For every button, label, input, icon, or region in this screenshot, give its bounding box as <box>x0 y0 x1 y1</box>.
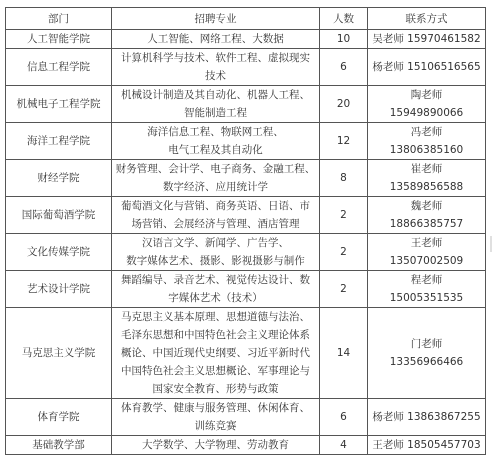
count-cell: 20 <box>320 86 368 123</box>
table-row: 基础教学部大学数学、大学物理、劳动教育4王老师 18505457703 <box>6 436 486 455</box>
contact-line: 冯老师 <box>371 123 482 141</box>
major-cell: 机械设计制造及其自动化、机器人工程、智能制造工程 <box>112 86 320 123</box>
contact-cell: 冯老师13806385160 <box>368 123 486 160</box>
contact-line: 崔老师 <box>371 160 482 178</box>
contact-cell: 崔老师13589856588 <box>368 160 486 197</box>
major-line: 数字经济、应用统计学 <box>115 178 316 196</box>
table-row: 机械电子工程学院机械设计制造及其自动化、机器人工程、智能制造工程20陶老师159… <box>6 86 486 123</box>
department-cell: 国际葡萄酒学院 <box>6 197 112 234</box>
table-row: 信息工程学院计算机科学与技术、软件工程、虚拟现实技术6杨老师 151065165… <box>6 49 486 86</box>
major-cell: 体育教学、健康与服务管理、休闲体育、训练竞赛 <box>112 399 320 436</box>
table-row: 海洋工程学院海洋信息工程、物联网工程、电气工程及其自动化12冯老师1380638… <box>6 123 486 160</box>
count-cell: 4 <box>320 436 368 455</box>
major-line: 智能制造工程 <box>115 104 316 122</box>
header-count: 人数 <box>320 8 368 30</box>
contact-line: 18866385757 <box>371 215 482 233</box>
major-line: 财务管理、会计学、电子商务、金融工程、 <box>115 160 316 178</box>
major-cell: 汉语言文学、新闻学、广告学、数字媒体艺术、摄影、影视摄影与制作 <box>112 234 320 271</box>
count-cell: 2 <box>320 234 368 271</box>
count-cell: 6 <box>320 49 368 86</box>
major-cell: 舞蹈编导、录音艺术、视觉传达设计、数字媒体艺术（技术） <box>112 271 320 308</box>
table-row: 国际葡萄酒学院葡萄酒文化与营销、商务英语、日语、市场营销、会展经济与管理、酒店管… <box>6 197 486 234</box>
contact-cell: 程老师15005351535 <box>368 271 486 308</box>
major-line: 体育教学、健康与服务管理、休闲体育、 <box>115 399 316 417</box>
contact-line: 魏老师 <box>371 197 482 215</box>
contact-line: 王老师 <box>371 234 482 252</box>
contact-line: 程老师 <box>371 271 482 289</box>
table-row: 人工智能学院人工智能、网络工程、大数据10吴老师 15970461582 <box>6 30 486 49</box>
contact-line: 13589856588 <box>371 178 482 196</box>
major-line: 训练竞赛 <box>115 417 316 435</box>
major-line: 大学数学、大学物理、劳动教育 <box>115 436 316 454</box>
department-cell: 文化传媒学院 <box>6 234 112 271</box>
table-row: 文化传媒学院汉语言文学、新闻学、广告学、数字媒体艺术、摄影、影视摄影与制作2王老… <box>6 234 486 271</box>
count-cell: 2 <box>320 197 368 234</box>
major-line: 马克思主义基本原理、思想道德与法治、 <box>115 308 316 326</box>
department-cell: 体育学院 <box>6 399 112 436</box>
contact-line: 13507002509 <box>371 252 482 270</box>
count-cell: 6 <box>320 399 368 436</box>
contact-line: 门老师 <box>371 335 482 353</box>
major-line: 数字媒体艺术、摄影、影视摄影与制作 <box>115 252 316 270</box>
major-line: 中国特色社会主义思想概论、军事理论与 <box>115 362 316 380</box>
count-cell: 2 <box>320 271 368 308</box>
count-cell: 8 <box>320 160 368 197</box>
major-cell: 海洋信息工程、物联网工程、电气工程及其自动化 <box>112 123 320 160</box>
major-cell: 大学数学、大学物理、劳动教育 <box>112 436 320 455</box>
contact-line: 13806385160 <box>371 141 482 159</box>
major-line: 葡萄酒文化与营销、商务英语、日语、市 <box>115 197 316 215</box>
table-row: 艺术设计学院舞蹈编导、录音艺术、视觉传达设计、数字媒体艺术（技术）2程老师150… <box>6 271 486 308</box>
major-line: 人工智能、网络工程、大数据 <box>115 30 316 48</box>
department-cell: 海洋工程学院 <box>6 123 112 160</box>
table-body: 人工智能学院人工智能、网络工程、大数据10吴老师 15970461582信息工程… <box>6 30 486 455</box>
recruitment-table: 部门 招聘专业 人数 联系方式 人工智能学院人工智能、网络工程、大数据10吴老师… <box>5 7 486 455</box>
table-row: 财经学院财务管理、会计学、电子商务、金融工程、数字经济、应用统计学8崔老师135… <box>6 160 486 197</box>
major-cell: 葡萄酒文化与营销、商务英语、日语、市场营销、会展经济与管理、酒店管理 <box>112 197 320 234</box>
major-line: 舞蹈编导、录音艺术、视觉传达设计、数 <box>115 271 316 289</box>
contact-cell: 杨老师 13863867255 <box>368 399 486 436</box>
contact-line: 15005351535 <box>371 289 482 307</box>
major-line: 海洋信息工程、物联网工程、 <box>115 123 316 141</box>
contact-cell: 门老师13356966466 <box>368 308 486 399</box>
major-line: 国家安全教育、形势与政策 <box>115 380 316 398</box>
department-cell: 艺术设计学院 <box>6 271 112 308</box>
major-line: 机械设计制造及其自动化、机器人工程、 <box>115 86 316 104</box>
contact-cell: 王老师13507002509 <box>368 234 486 271</box>
contact-cell: 陶老师15949890066 <box>368 86 486 123</box>
major-line: 场营销、会展经济与管理、酒店管理 <box>115 215 316 233</box>
major-line: 汉语言文学、新闻学、广告学、 <box>115 234 316 252</box>
major-cell: 人工智能、网络工程、大数据 <box>112 30 320 49</box>
contact-line: 杨老师 13863867255 <box>371 408 482 426</box>
major-line: 概论、中国近现代史纲要、习近平新时代 <box>115 344 316 362</box>
department-cell: 人工智能学院 <box>6 30 112 49</box>
major-line: 毛泽东思想和中国特色社会主义理论体系 <box>115 326 316 344</box>
major-line: 计算机科学与技术、软件工程、虚拟现实 <box>115 49 316 67</box>
department-cell: 马克思主义学院 <box>6 308 112 399</box>
department-cell: 信息工程学院 <box>6 49 112 86</box>
contact-cell: 魏老师18866385757 <box>368 197 486 234</box>
contact-line: 15949890066 <box>371 104 482 122</box>
contact-line: 杨老师 15106516565 <box>371 58 482 76</box>
contact-line: 吴老师 15970461582 <box>371 30 482 48</box>
header-contact: 联系方式 <box>368 8 486 30</box>
contact-cell: 杨老师 15106516565 <box>368 49 486 86</box>
major-line: 电气工程及其自动化 <box>115 141 316 159</box>
major-cell: 马克思主义基本原理、思想道德与法治、毛泽东思想和中国特色社会主义理论体系概论、中… <box>112 308 320 399</box>
header-department: 部门 <box>6 8 112 30</box>
count-cell: 10 <box>320 30 368 49</box>
scroll-edge-mark <box>490 236 492 252</box>
major-cell: 计算机科学与技术、软件工程、虚拟现实技术 <box>112 49 320 86</box>
department-cell: 机械电子工程学院 <box>6 86 112 123</box>
department-cell: 基础教学部 <box>6 436 112 455</box>
table-row: 体育学院体育教学、健康与服务管理、休闲体育、训练竞赛6杨老师 138638672… <box>6 399 486 436</box>
contact-cell: 王老师 18505457703 <box>368 436 486 455</box>
count-cell: 14 <box>320 308 368 399</box>
contact-cell: 吴老师 15970461582 <box>368 30 486 49</box>
contact-line: 13356966466 <box>371 353 482 371</box>
major-line: 字媒体艺术（技术） <box>115 289 316 307</box>
major-line: 技术 <box>115 67 316 85</box>
major-cell: 财务管理、会计学、电子商务、金融工程、数字经济、应用统计学 <box>112 160 320 197</box>
table-row: 马克思主义学院马克思主义基本原理、思想道德与法治、毛泽东思想和中国特色社会主义理… <box>6 308 486 399</box>
department-cell: 财经学院 <box>6 160 112 197</box>
contact-line: 陶老师 <box>371 86 482 104</box>
count-cell: 12 <box>320 123 368 160</box>
contact-line: 王老师 18505457703 <box>371 436 482 454</box>
header-row: 部门 招聘专业 人数 联系方式 <box>6 8 486 30</box>
header-major: 招聘专业 <box>112 8 320 30</box>
